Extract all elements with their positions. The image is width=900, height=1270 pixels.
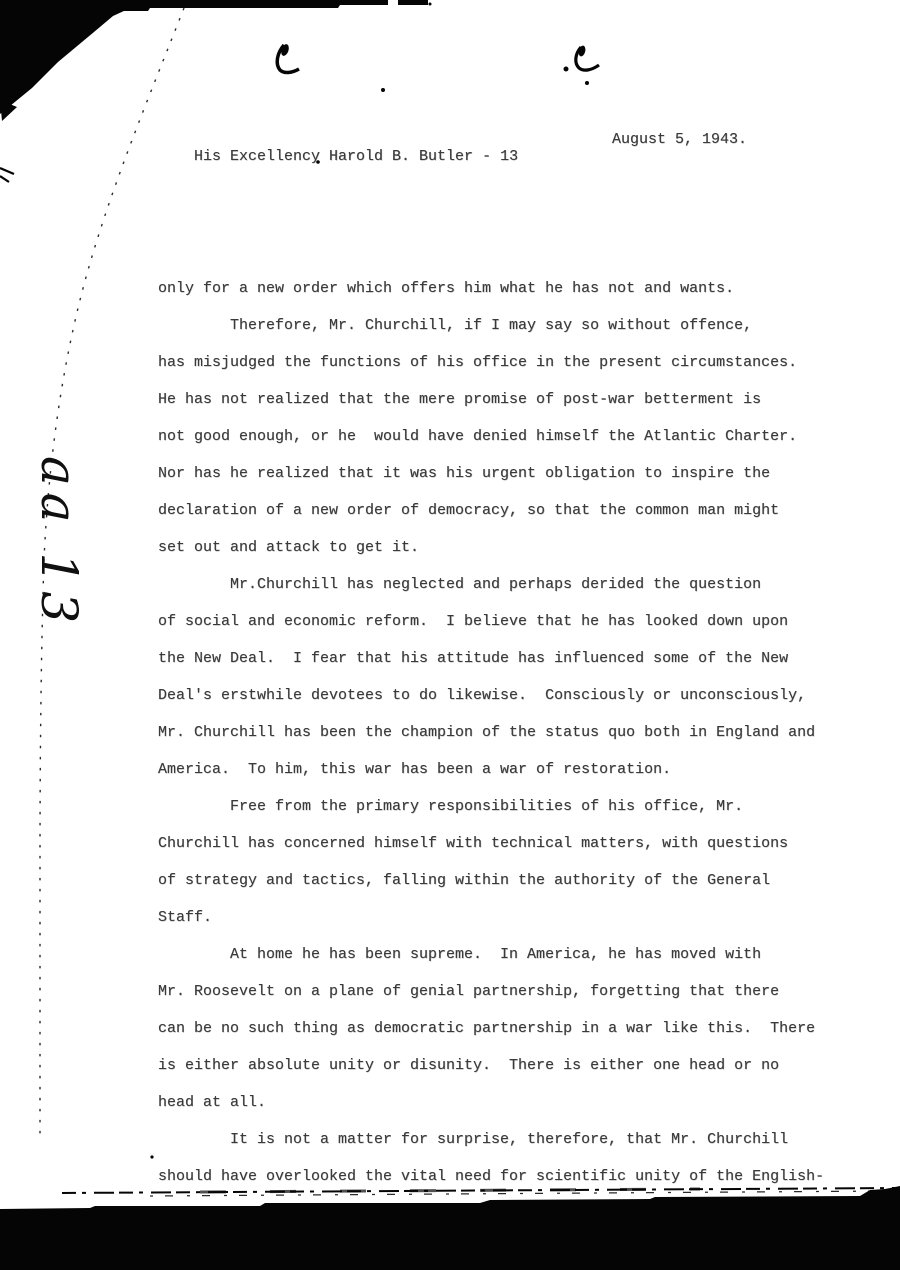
body-line: Mr. Roosevelt on a plane of genial partn… <box>158 973 824 1010</box>
body-line: head at all. <box>158 1084 824 1121</box>
scanned-letter-page: His Excellency Harold B. Butler - 13 Aug… <box>0 0 900 1270</box>
body-line: Mr.Churchill has neglected and perhaps d… <box>158 566 824 603</box>
scan-edge-top-strip <box>0 0 388 11</box>
body-line: can be no such thing as democratic partn… <box>158 1010 824 1047</box>
body-line: Churchill has concerned himself with tec… <box>158 825 824 862</box>
body-line: not good enough, or he would have denied… <box>158 418 824 455</box>
ink-tick-mark-right <box>564 45 599 85</box>
body-line: of social and economic reform. I believe… <box>158 603 824 640</box>
page-header: His Excellency Harold B. Butler - 13 Aug… <box>158 131 838 151</box>
corner-fold-sliver <box>0 100 17 121</box>
body-line: It is not a matter for surprise, therefo… <box>158 1121 824 1158</box>
body-line: Deal's erstwhile devotees to do likewise… <box>158 677 824 714</box>
body-line: Free from the primary responsibilities o… <box>158 788 824 825</box>
body-line: Mr. Churchill has been the champion of t… <box>158 714 824 751</box>
body-line: is either absolute unity or disunity. Th… <box>158 1047 824 1084</box>
header-date: August 5, 1943. <box>612 131 747 148</box>
ink-tick-mark-left <box>277 43 299 72</box>
body-line: Staff. <box>158 899 824 936</box>
letter-body: only for a new order which offers him wh… <box>158 196 824 1269</box>
body-line: only for a new order which offers him wh… <box>158 270 824 307</box>
margin-annotation-handwritten: aa 13 <box>30 456 88 630</box>
body-line: Nor has he realized that it was his urge… <box>158 455 824 492</box>
body-line: Therefore, Mr. Churchill, if I may say s… <box>158 307 824 344</box>
body-line: set out and attack to get it. <box>158 529 824 566</box>
body-line: of strategy and tactics, falling within … <box>158 862 824 899</box>
body-line: America. To him, this war has been a war… <box>158 751 824 788</box>
body-line: has misjudged the functions of his offic… <box>158 344 824 381</box>
body-line: At home he has been supreme. In America,… <box>158 936 824 973</box>
body-line: the New Deal. I fear that his attitude h… <box>158 640 824 677</box>
header-addressee: His Excellency Harold B. Butler - 13 <box>194 148 518 165</box>
scan-edge-top-strip-fragment <box>398 0 428 5</box>
body-line: declaration of a new order of democracy,… <box>158 492 824 529</box>
page-corner-fold <box>0 0 135 114</box>
body-line: should have overlooked the vital need fo… <box>158 1158 824 1195</box>
body-line: He has not realized that the mere promis… <box>158 381 824 418</box>
left-edge-marks <box>0 168 14 182</box>
